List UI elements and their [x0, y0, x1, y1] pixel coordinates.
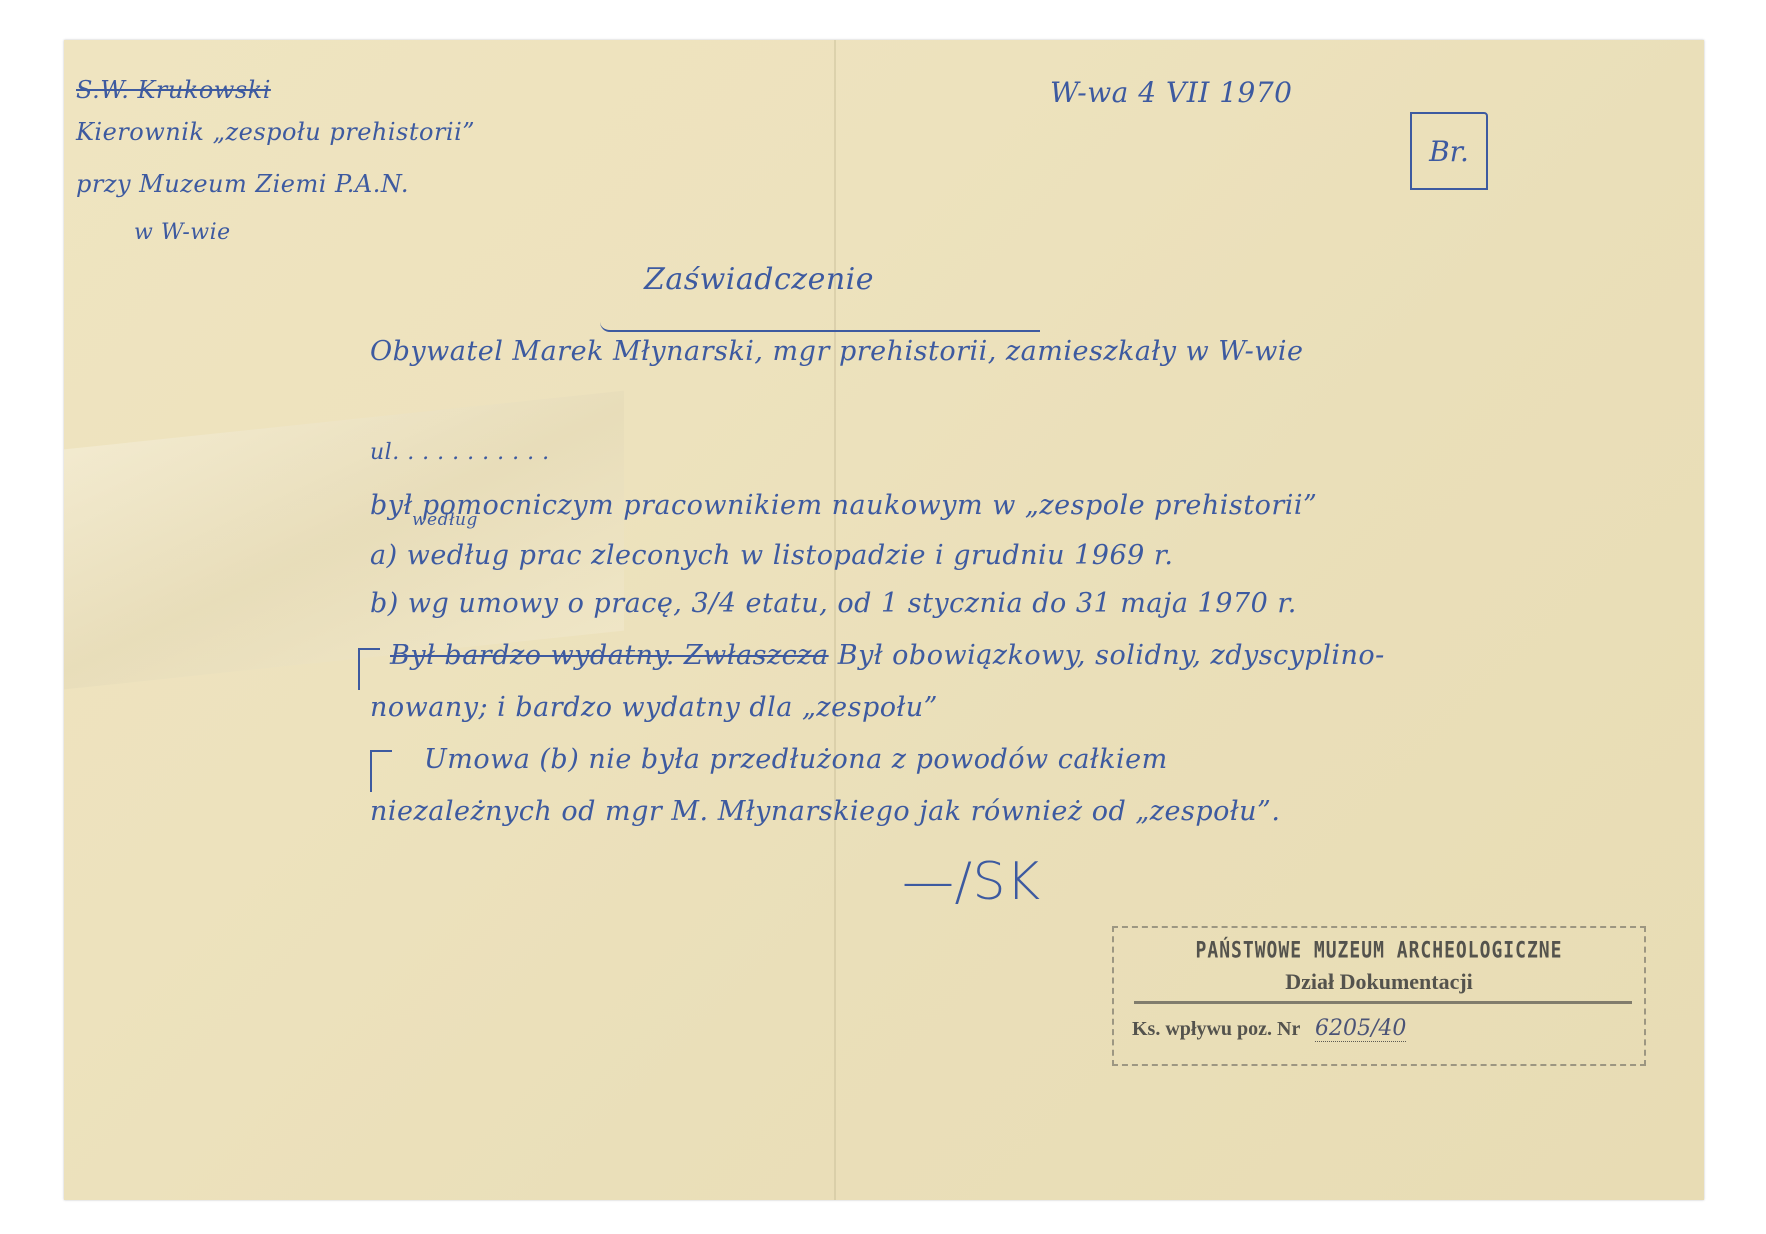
- stamp-register-label: Ks. wpływu poz. Nr: [1132, 1018, 1300, 1040]
- body-line-contract-cont: niezależnych od mgr M. Młynarskiego jak …: [370, 796, 1280, 827]
- body-line-1: Obywatel Marek Młynarski, mgr prehistori…: [370, 336, 1303, 367]
- body-line-assessment: Był bardzo wydatny. Zwłaszcza Był obowią…: [390, 640, 1385, 671]
- scanned-document: S.W. Krukowski Kierownik „zespołu prehis…: [0, 0, 1766, 1234]
- document-date: W-wa 4 VII 1970: [1050, 76, 1292, 109]
- paper-fold-crease: [834, 40, 836, 1200]
- margin-bracket: [370, 750, 392, 792]
- inserted-word: według: [412, 510, 478, 530]
- stamp-museum-name: PAŃSTWOWE MUZEUM ARCHEOLOGICZNE: [1114, 937, 1644, 963]
- sender-institution: przy Muzeum Ziemi P.A.N.: [76, 170, 409, 198]
- struck-phrase: Był bardzo wydatny. Zwłaszcza: [390, 640, 829, 671]
- sender-city: w W-wie: [134, 220, 231, 245]
- paper-sheet: S.W. Krukowski Kierownik „zespołu prehis…: [64, 40, 1704, 1200]
- stamp-register-number: 6205/40: [1315, 1016, 1406, 1042]
- body-line-a: a) według prac zleconych w listopadzie i…: [370, 540, 1173, 571]
- body-line-assessment-cont: nowany; i bardzo wydatny dla „zespołu”: [370, 692, 938, 723]
- stamp-divider: [1134, 1001, 1632, 1004]
- assessment-text: Był obowiązkowy, solidny, zdyscyplino-: [838, 640, 1385, 671]
- stamp-register: Ks. wpływu poz. Nr 6205/40: [1114, 1016, 1644, 1041]
- sender-title: Kierownik „zespołu prehistorii”: [76, 118, 475, 146]
- museum-stamp: PAŃSTWOWE MUZEUM ARCHEOLOGICZNE Dział Do…: [1112, 926, 1646, 1066]
- signature: —/SK: [902, 852, 1041, 912]
- title-underline: [600, 322, 1040, 332]
- body-line-2: był pomocniczym pracownikiem naukowym w …: [370, 490, 1317, 521]
- initial-box: Br.: [1410, 112, 1488, 190]
- sender-name-struck: S.W. Krukowski: [76, 76, 271, 104]
- body-line-contract: Umowa (b) nie była przedłużona z powodów…: [424, 744, 1168, 775]
- stamp-department: Dział Dokumentacji: [1114, 969, 1644, 995]
- body-line-street: ul. . . . . . . . . . .: [370, 440, 550, 465]
- document-title: Zaświadczenie: [644, 262, 874, 297]
- margin-bracket: [358, 648, 380, 690]
- body-line-b: b) wg umowy o pracę, 3/4 etatu, od 1 sty…: [370, 588, 1297, 619]
